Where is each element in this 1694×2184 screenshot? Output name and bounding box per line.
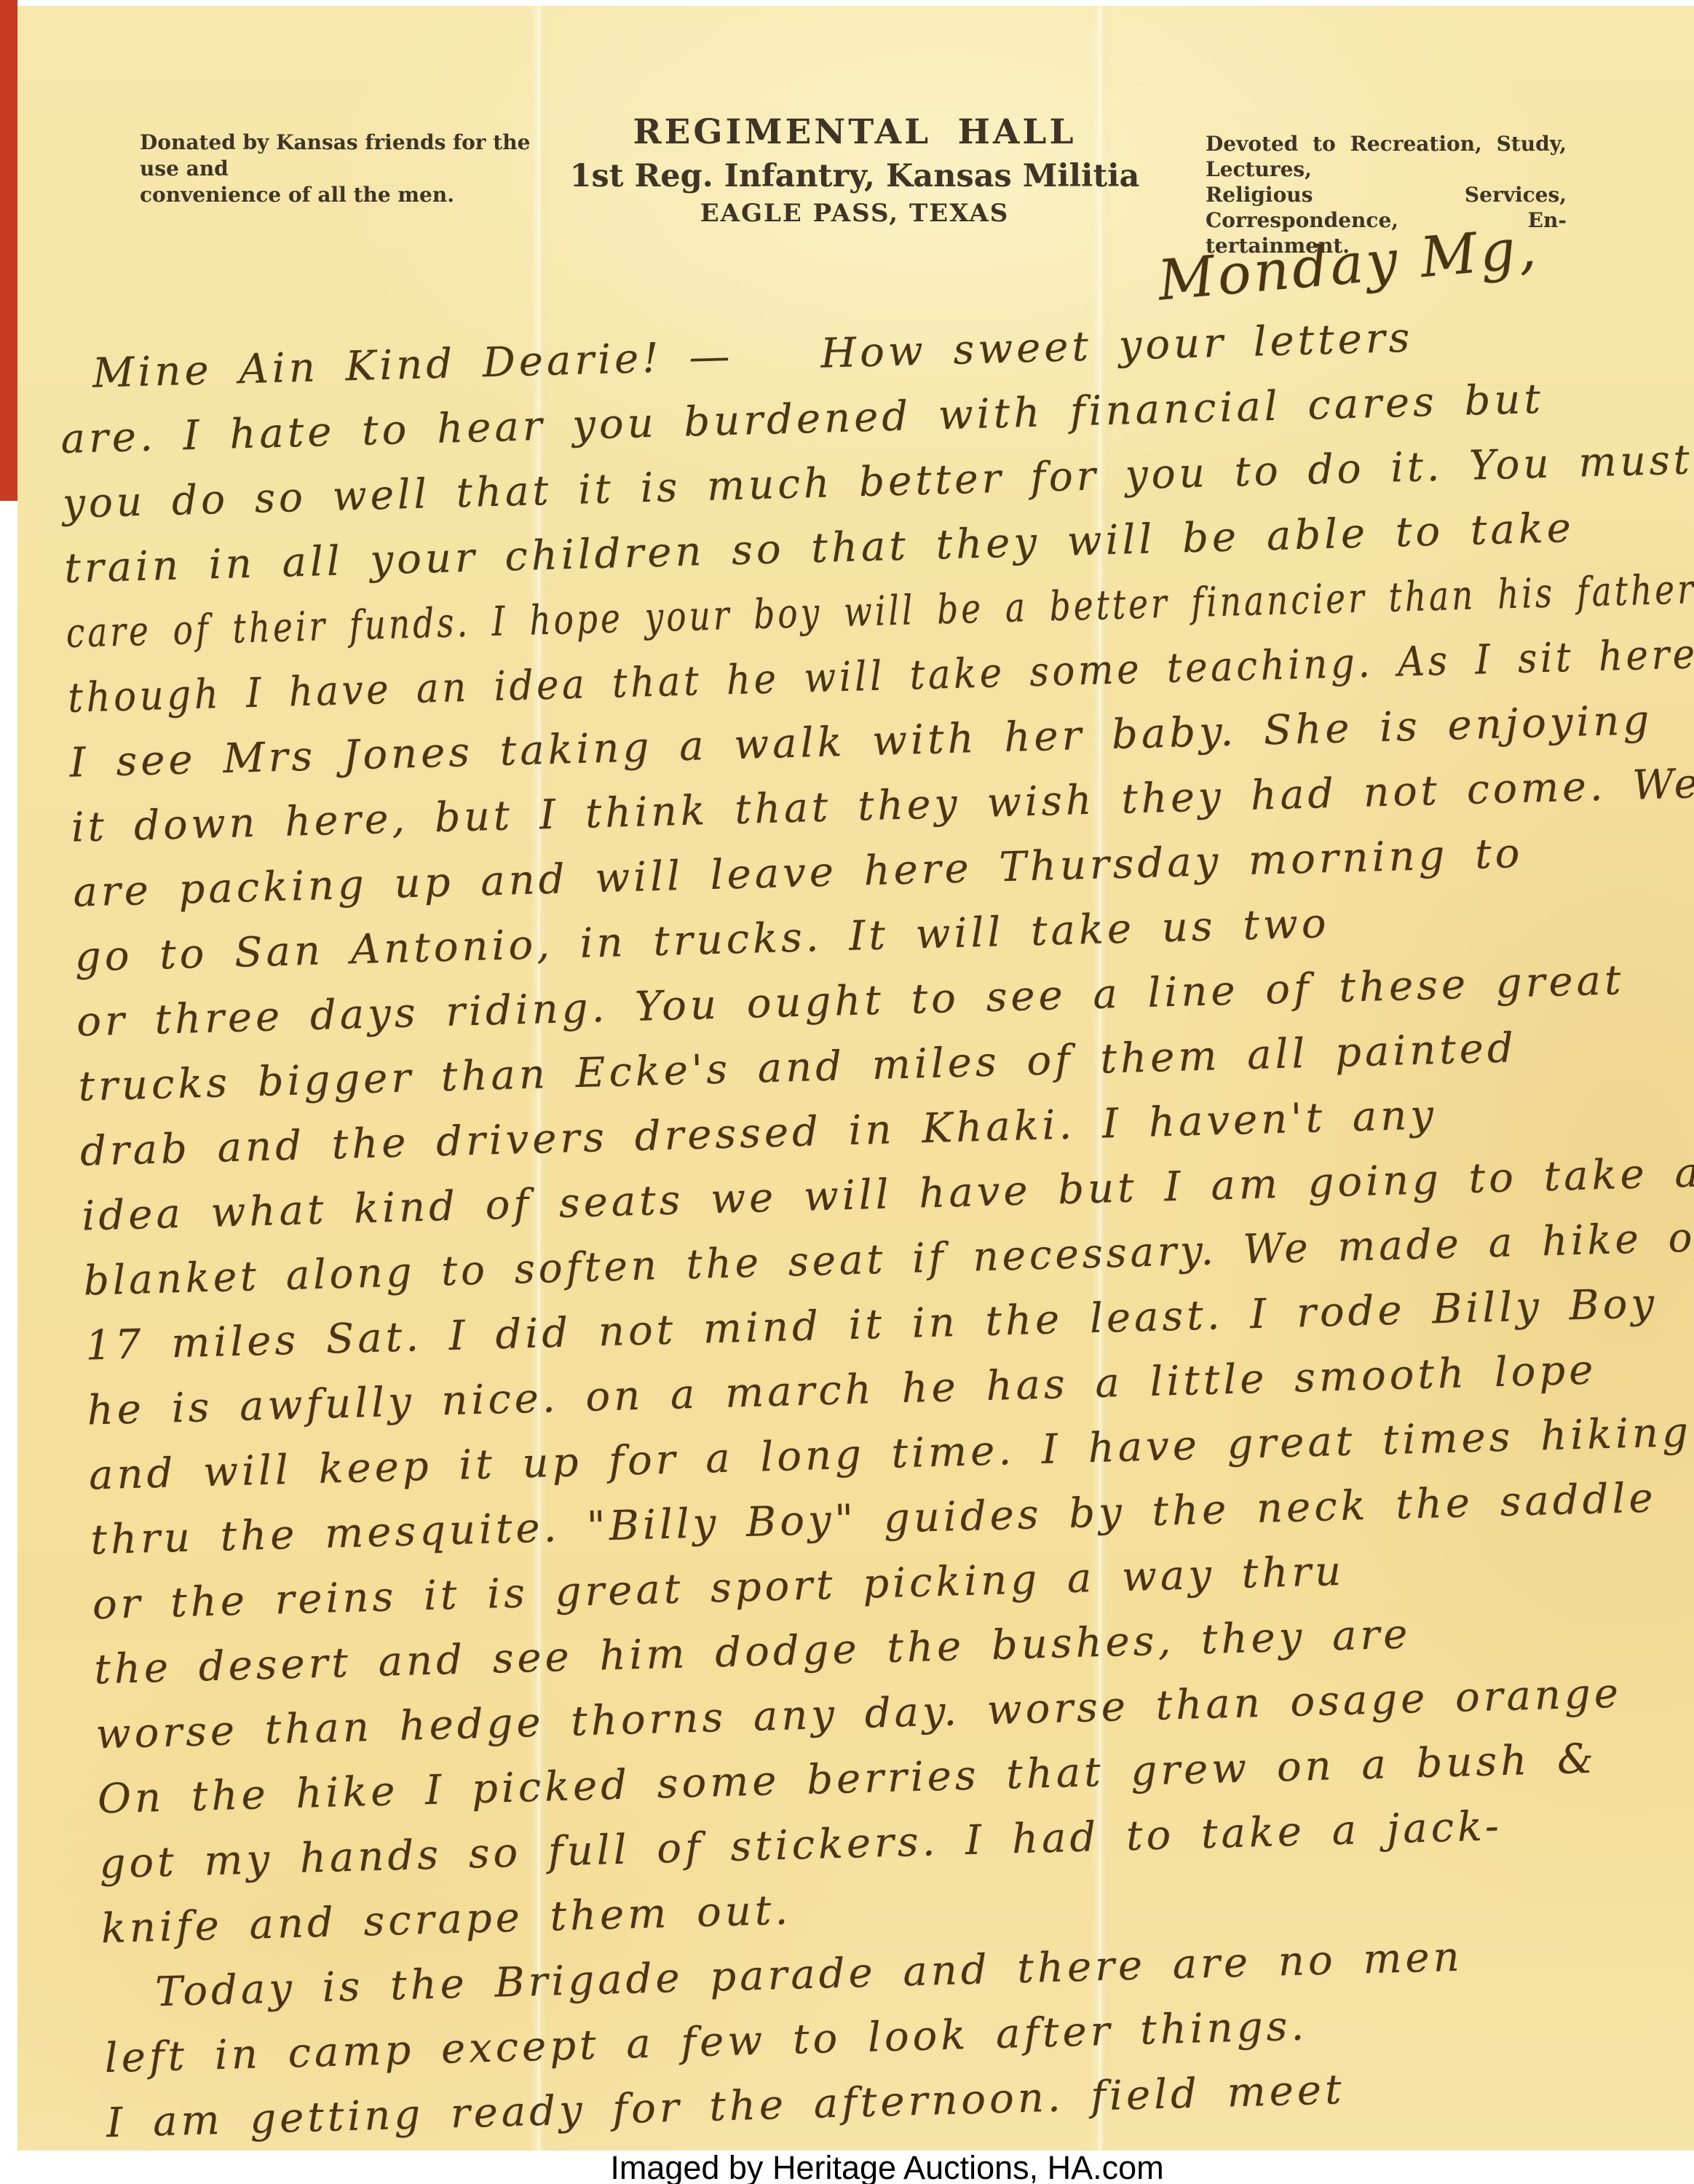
letterhead-center: REGIMENTAL HALL 1st Reg. Infantry, Kansa… [512,112,1197,228]
letterhead-title: REGIMENTAL HALL [512,112,1197,152]
scan-edge-strip [0,0,17,501]
letterhead-left-line: Donated by Kansas friends for the use an… [140,130,577,182]
handwritten-text: How sweet your letters [820,314,1414,378]
letterhead-left-note: Donated by Kansas friends for the use an… [140,130,577,208]
letterhead-left-line: convenience of all the men. [140,182,577,208]
letter-body: Mine Ain Kind Dearie! —How sweet your le… [58,298,1694,2151]
letter-paper: Donated by Kansas friends for the use an… [17,6,1694,2151]
letterhead-subtitle: 1st Reg. Infantry, Kansas Militia [512,158,1197,194]
letterhead-right-line: Devoted to Recreation, Study, Lectures, [1206,131,1567,182]
watermark-strip: Imaged by Heritage Auctions, HA.com [0,2151,1694,2184]
watermark-text: Imaged by Heritage Auctions, HA.com [40,2151,1694,2184]
letterhead-location: EAGLE PASS, TEXAS [512,199,1197,228]
